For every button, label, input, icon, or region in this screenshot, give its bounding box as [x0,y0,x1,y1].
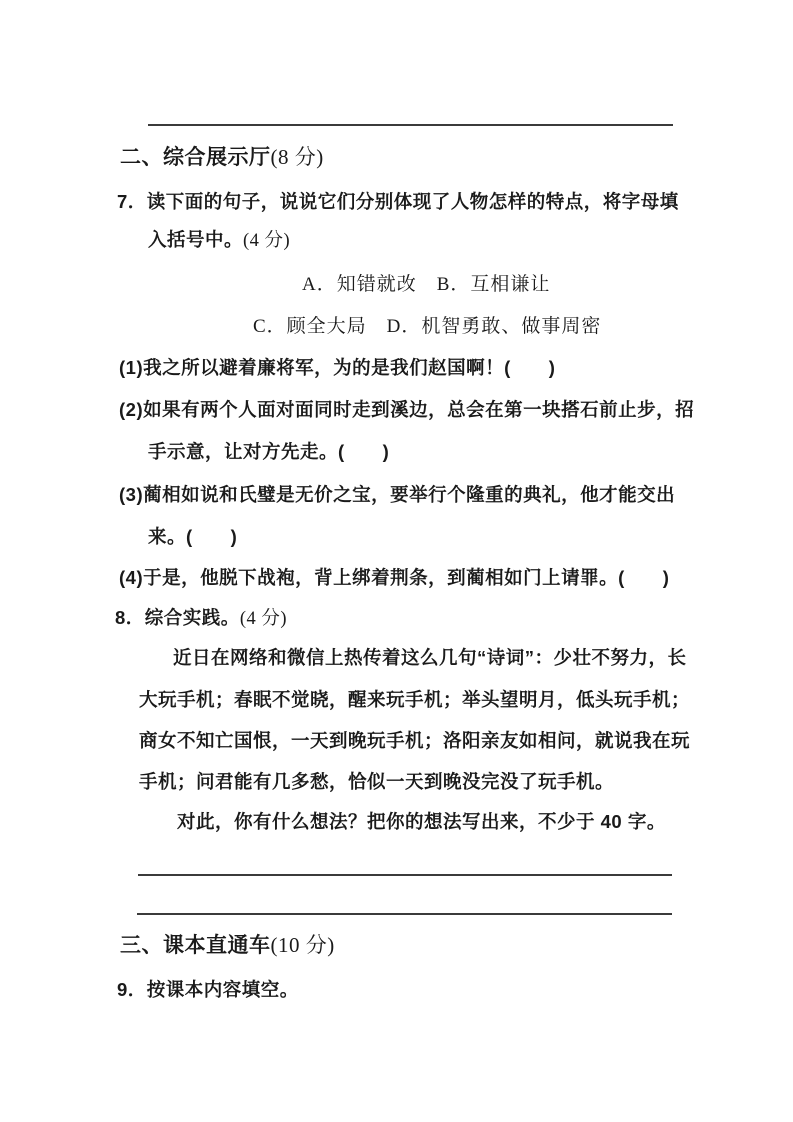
section-two-heading: 二、综合展示厅(8 分) [120,144,324,171]
section-three-heading-score: (10 分) [271,933,335,957]
question-7-prompt-line-2: 入括号中。(4 分) [148,227,290,254]
question-8-number: 8． [115,607,145,628]
question-8-score: (4 分) [240,609,287,629]
question-7-number: 7． [117,191,147,212]
question-7-item-3-line-1: (3)蔺相如说和氏璧是无价之宝，要举行个隆重的典礼，他才能交出 [119,482,675,508]
question-7-prompt-text-1: 读下面的句子，说说它们分别体现了人物怎样的特点，将字母填 [147,191,679,212]
question-7-item-2-line-2: 手示意，让对方先走。( ) [148,439,389,465]
question-7-options-row-cd: C．顾全大局 D．机智勇敢、做事周密 [253,314,601,340]
question-8-paragraph-line-4: 手机；问君能有几多愁，恰似一天到晚没完没了玩手机。 [139,769,614,795]
question-7-prompt-text-2: 入括号中。 [148,229,243,250]
question-7-score: (4 分) [243,231,290,251]
question-7-prompt-line-1: 7．读下面的句子，说说它们分别体现了人物怎样的特点，将字母填 [117,189,679,215]
question-8-paragraph-line-2: 大玩手机；春眠不觉晓，醒来玩手机；举头望明月，低头玩手机； [139,687,690,713]
section-two-heading-score: (8 分) [271,145,324,169]
question-9-number: 9． [117,979,147,1000]
question-8-paragraph-line-1: 近日在网络和微信上热传着这么几句“诗词”：少壮不努力，长 [173,645,687,671]
question-7-item-2-line-1: (2)如果有两个人面对面同时走到溪边，总会在第一块搭石前止步，招 [119,397,694,423]
exam-paper-page: 二、综合展示厅(8 分) 7．读下面的句子，说说它们分别体现了人物怎样的特点，将… [0,0,793,1122]
section-three-heading: 三、课本直通车(10 分) [120,932,335,959]
answer-blank-line [137,913,672,915]
question-7-item-3-line-2: 来。( ) [148,524,237,550]
question-8-title: 综合实践。 [145,607,240,628]
answer-blank-line [148,124,673,126]
question-8-task-line: 对此，你有什么想法？把你的想法写出来，不少于 40 字。 [177,809,666,835]
section-two-heading-title: 二、综合展示厅 [120,146,271,169]
question-9-title: 按课本内容填空。 [147,979,299,1000]
question-7-options-row-ab: A．知错就改 B．互相谦让 [302,272,550,298]
question-9-title-line: 9．按课本内容填空。 [117,977,299,1003]
question-8-title-line: 8．综合实践。(4 分) [115,605,287,632]
question-7-item-4: (4)于是，他脱下战袍，背上绑着荆条，到蔺相如门上请罪。( ) [119,565,669,591]
section-three-heading-title: 三、课本直通车 [120,934,271,957]
answer-blank-line [138,874,672,876]
question-7-item-1: (1)我之所以避着廉将军，为的是我们赵国啊！( ) [119,355,555,381]
question-8-paragraph-line-3: 商女不知亡国恨，一天到晚玩手机；洛阳亲友如相问，就说我在玩 [139,728,690,754]
